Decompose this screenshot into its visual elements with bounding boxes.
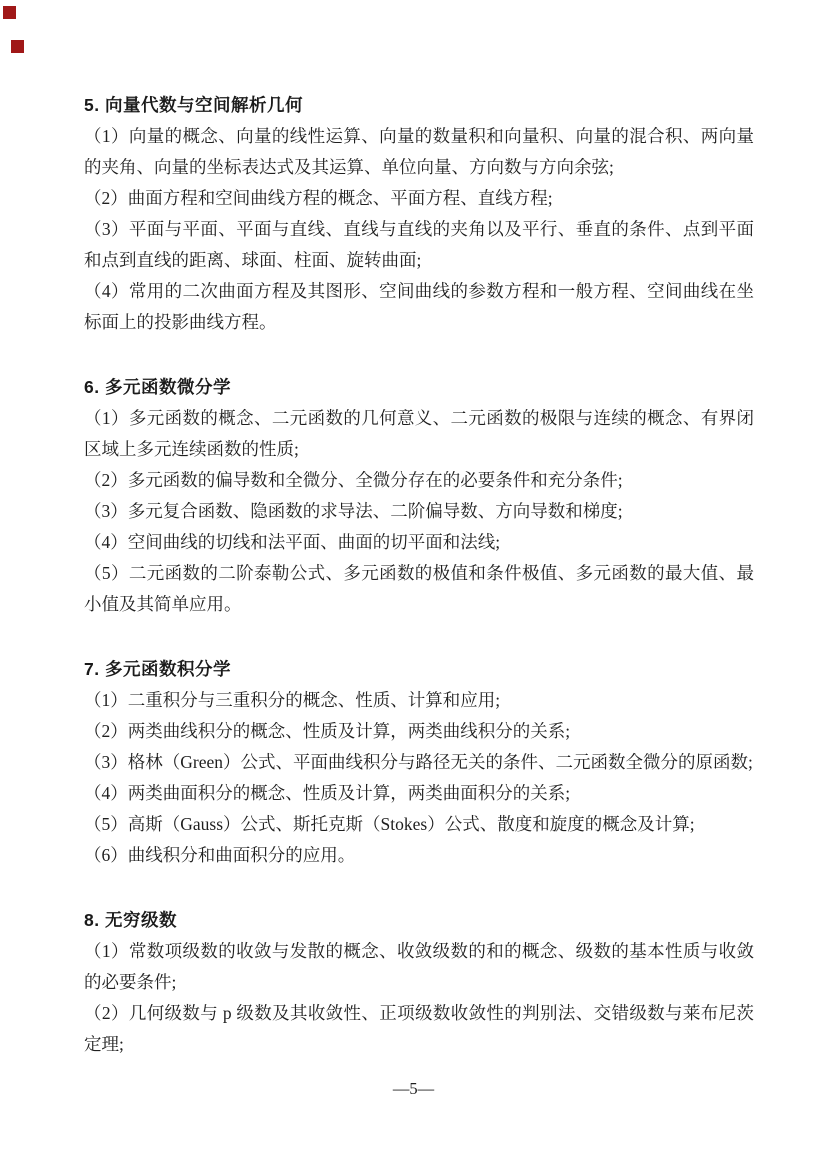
syllabus-item: （2）几何级数与 p 级数及其收敛性、正项级数收敛性的判别法、交错级数与莱布尼茨… [84,998,754,1060]
syllabus-item: （2）多元函数的偏导数和全微分、全微分存在的必要条件和充分条件; [84,465,754,496]
section-infinite-series: 8. 无穷级数 （1）常数项级数的收敛与发散的概念、收敛级数的和的概念、级数的基… [84,905,754,1060]
syllabus-item: （2）曲面方程和空间曲线方程的概念、平面方程、直线方程; [84,183,754,214]
section-multivariable-differential-calculus: 6. 多元函数微分学 （1）多元函数的概念、二元函数的几何意义、二元函数的极限与… [84,372,754,620]
syllabus-item: （3）格林（Green）公式、平面曲线积分与路径无关的条件、二元函数全微分的原函… [84,747,754,778]
syllabus-item: （1）二重积分与三重积分的概念、性质、计算和应用; [84,685,754,716]
syllabus-item: （6）曲线积分和曲面积分的应用。 [84,840,754,871]
syllabus-item: （4）空间曲线的切线和法平面、曲面的切平面和法线; [84,527,754,558]
section-vector-algebra-analytic-geometry: 5. 向量代数与空间解析几何 （1）向量的概念、向量的线性运算、向量的数量积和向… [84,90,754,338]
syllabus-item: （5）二元函数的二阶泰勒公式、多元函数的极值和条件极值、多元函数的最大值、最小值… [84,558,754,620]
syllabus-item: （4）两类曲面积分的概念、性质及计算，两类曲面积分的关系; [84,778,754,809]
section-heading: 8. 无穷级数 [84,905,754,936]
section-heading: 7. 多元函数积分学 [84,654,754,685]
syllabus-item: （4）常用的二次曲面方程及其图形、空间曲线的参数方程和一般方程、空间曲线在坐标面… [84,276,754,338]
page-number: —5— [0,1078,827,1100]
syllabus-item: （1）多元函数的概念、二元函数的几何意义、二元函数的极限与连续的概念、有界闭区域… [84,403,754,465]
syllabus-item: （1）向量的概念、向量的线性运算、向量的数量积和向量积、向量的混合积、两向量的夹… [84,121,754,183]
section-heading: 6. 多元函数微分学 [84,372,754,403]
red-corner-mark [11,40,24,53]
section-heading: 5. 向量代数与空间解析几何 [84,90,754,121]
red-corner-mark [3,6,16,19]
syllabus-item: （3）多元复合函数、隐函数的求导法、二阶偏导数、方向导数和梯度; [84,496,754,527]
syllabus-item: （3）平面与平面、平面与直线、直线与直线的夹角以及平行、垂直的条件、点到平面和点… [84,214,754,276]
syllabus-item: （1）常数项级数的收敛与发散的概念、收敛级数的和的概念、级数的基本性质与收敛的必… [84,936,754,998]
syllabus-item: （5）高斯（Gauss）公式、斯托克斯（Stokes）公式、散度和旋度的概念及计… [84,809,754,840]
section-multivariable-integral-calculus: 7. 多元函数积分学 （1）二重积分与三重积分的概念、性质、计算和应用; （2）… [84,654,754,871]
document-body: 5. 向量代数与空间解析几何 （1）向量的概念、向量的线性运算、向量的数量积和向… [84,90,754,1060]
syllabus-item: （2）两类曲线积分的概念、性质及计算，两类曲线积分的关系; [84,716,754,747]
